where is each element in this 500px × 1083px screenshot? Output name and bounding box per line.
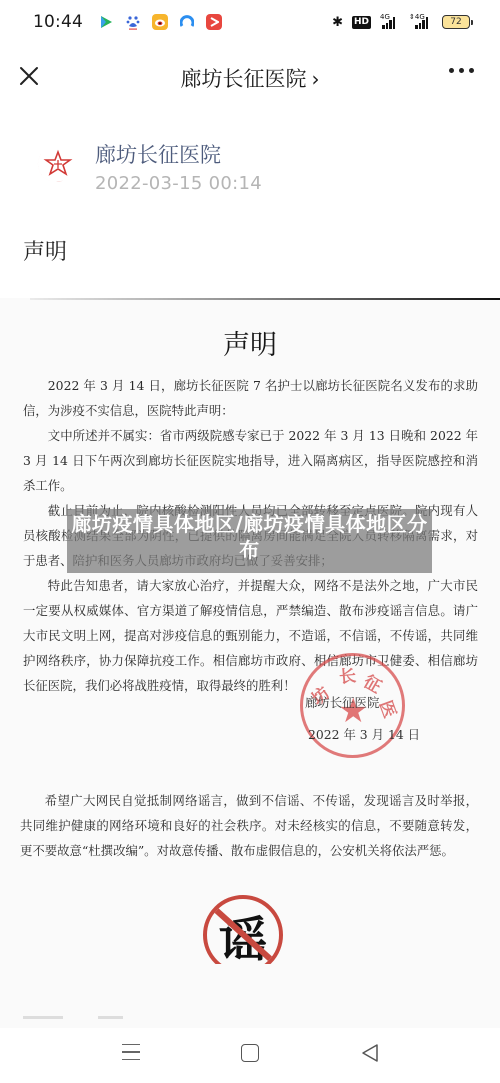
account-name[interactable]: 廊坊长征医院	[95, 139, 221, 169]
bluetooth-icon: ✱	[332, 15, 343, 30]
more-icon-dot	[459, 68, 464, 73]
menu-button[interactable]	[122, 1044, 140, 1060]
document-paragraph: 特此告知患者，请大家放心治疗，并提醒大众，网络不是法外之地，广大市民一定要从权威…	[23, 573, 478, 698]
no-rumor-icon: 谣	[203, 895, 283, 975]
signal-icon-sim1: 4G	[380, 16, 400, 29]
account-title-link[interactable]: 廊坊长征医院›	[0, 63, 500, 93]
article-title: 声明	[23, 235, 67, 266]
document-signature: 廊坊长征医院 2022 年 3 月 14 日	[305, 693, 420, 743]
signal-icon-sim2: ⇕4G	[409, 16, 433, 29]
overlay-caption: 廊坊疫情具体地区/廊坊疫情具体地区分布	[67, 511, 432, 563]
back-button[interactable]	[360, 1042, 380, 1064]
more-button[interactable]	[449, 68, 474, 73]
status-time: 10:44	[33, 12, 83, 32]
system-icons: ✱ HD 4G ⇕4G 72	[332, 15, 470, 30]
video-app-icon	[206, 14, 222, 30]
divider	[30, 298, 500, 300]
document-paragraph: 希望广大网民自觉抵制网络谣言，做到不信谣、不传谣，发现谣言及时举报，共同维护健康…	[20, 788, 478, 863]
battery-icon: 72	[442, 15, 470, 29]
video-play-icon	[98, 14, 114, 30]
signature-name: 廊坊长征医院	[305, 693, 420, 711]
home-button[interactable]	[241, 1044, 259, 1062]
menu-icon	[122, 1044, 140, 1045]
document-paragraph: 2022 年 3 月 14 日，廊坊长征医院 7 名护士以廊坊长征医院名义发布的…	[23, 373, 478, 423]
hd-voice-badge: HD	[352, 16, 371, 29]
more-icon-dot	[449, 68, 454, 73]
more-icon-dot	[469, 68, 474, 73]
signature-date: 2022 年 3 月 14 日	[308, 725, 420, 743]
publish-timestamp: 2022-03-15 00:14	[95, 173, 262, 194]
document-body-2: 希望广大网民自觉抵制网络谣言，做到不信谣、不传谣，发现谣言及时举报，共同维护健康…	[20, 788, 478, 863]
statement-document-image[interactable]: 声明 2022 年 3 月 14 日，廊坊长征医院 7 名护士以廊坊长征医院名义…	[0, 298, 500, 1028]
system-navigation-bar	[0, 1028, 500, 1083]
faint-text-line	[23, 1016, 123, 1019]
account-info[interactable]: 廊坊长征医院 2022-03-15 00:14	[0, 137, 500, 197]
baidu-icon	[125, 14, 141, 30]
chevron-right-icon: ›	[312, 67, 320, 91]
battery-level: 72	[450, 17, 461, 27]
document-heading: 声明	[0, 323, 500, 362]
back-icon	[360, 1042, 380, 1064]
weibo-icon	[152, 14, 168, 30]
status-bar: 10:44 ✱ HD 4G ⇕4G 72	[0, 0, 500, 44]
nav-header: 廊坊长征医院›	[0, 50, 500, 106]
notification-icons	[98, 14, 222, 30]
browser-icon	[179, 14, 195, 30]
hospital-logo-icon	[30, 143, 74, 187]
page-title: 廊坊长征医院	[181, 67, 307, 91]
document-paragraph: 文中所述并不属实：省市两级院感专家已于 2022 年 3 月 13 日晚和 20…	[23, 423, 478, 498]
